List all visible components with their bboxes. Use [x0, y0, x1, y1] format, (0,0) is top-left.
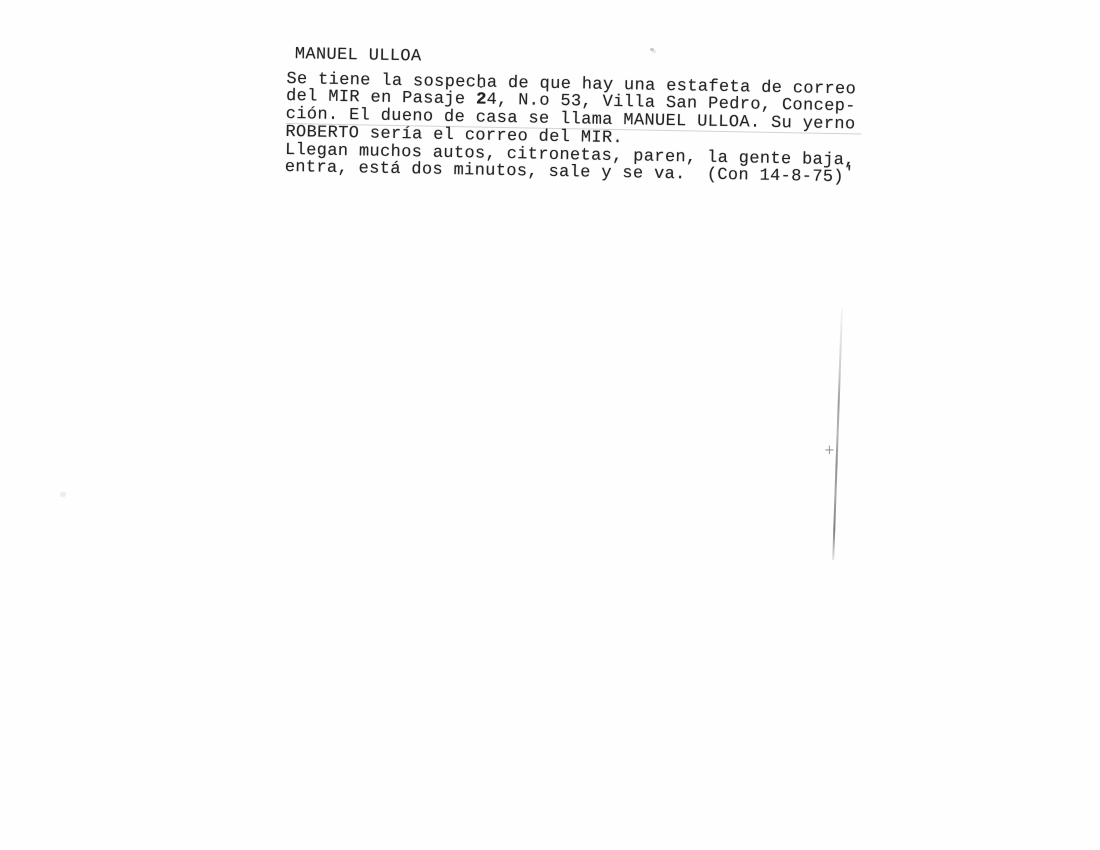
scan-scratch-line	[832, 308, 843, 560]
plus-mark-artifact: +	[824, 444, 835, 457]
underlined-text: ción.	[286, 104, 339, 124]
typewritten-text-block: MANUEL ULLOASe tiene la sospecha de que …	[285, 46, 897, 188]
ink-artifact: '	[844, 164, 855, 183]
overstruck-char: 2	[476, 91, 487, 109]
ink-speck-left	[60, 492, 66, 497]
ink-speck-top	[650, 48, 654, 51]
scanned-page: MANUEL ULLOASe tiene la sospecha de que …	[0, 0, 1100, 850]
text-segment: LLOA	[379, 47, 422, 67]
text-segment: MANUEL	[295, 45, 369, 65]
